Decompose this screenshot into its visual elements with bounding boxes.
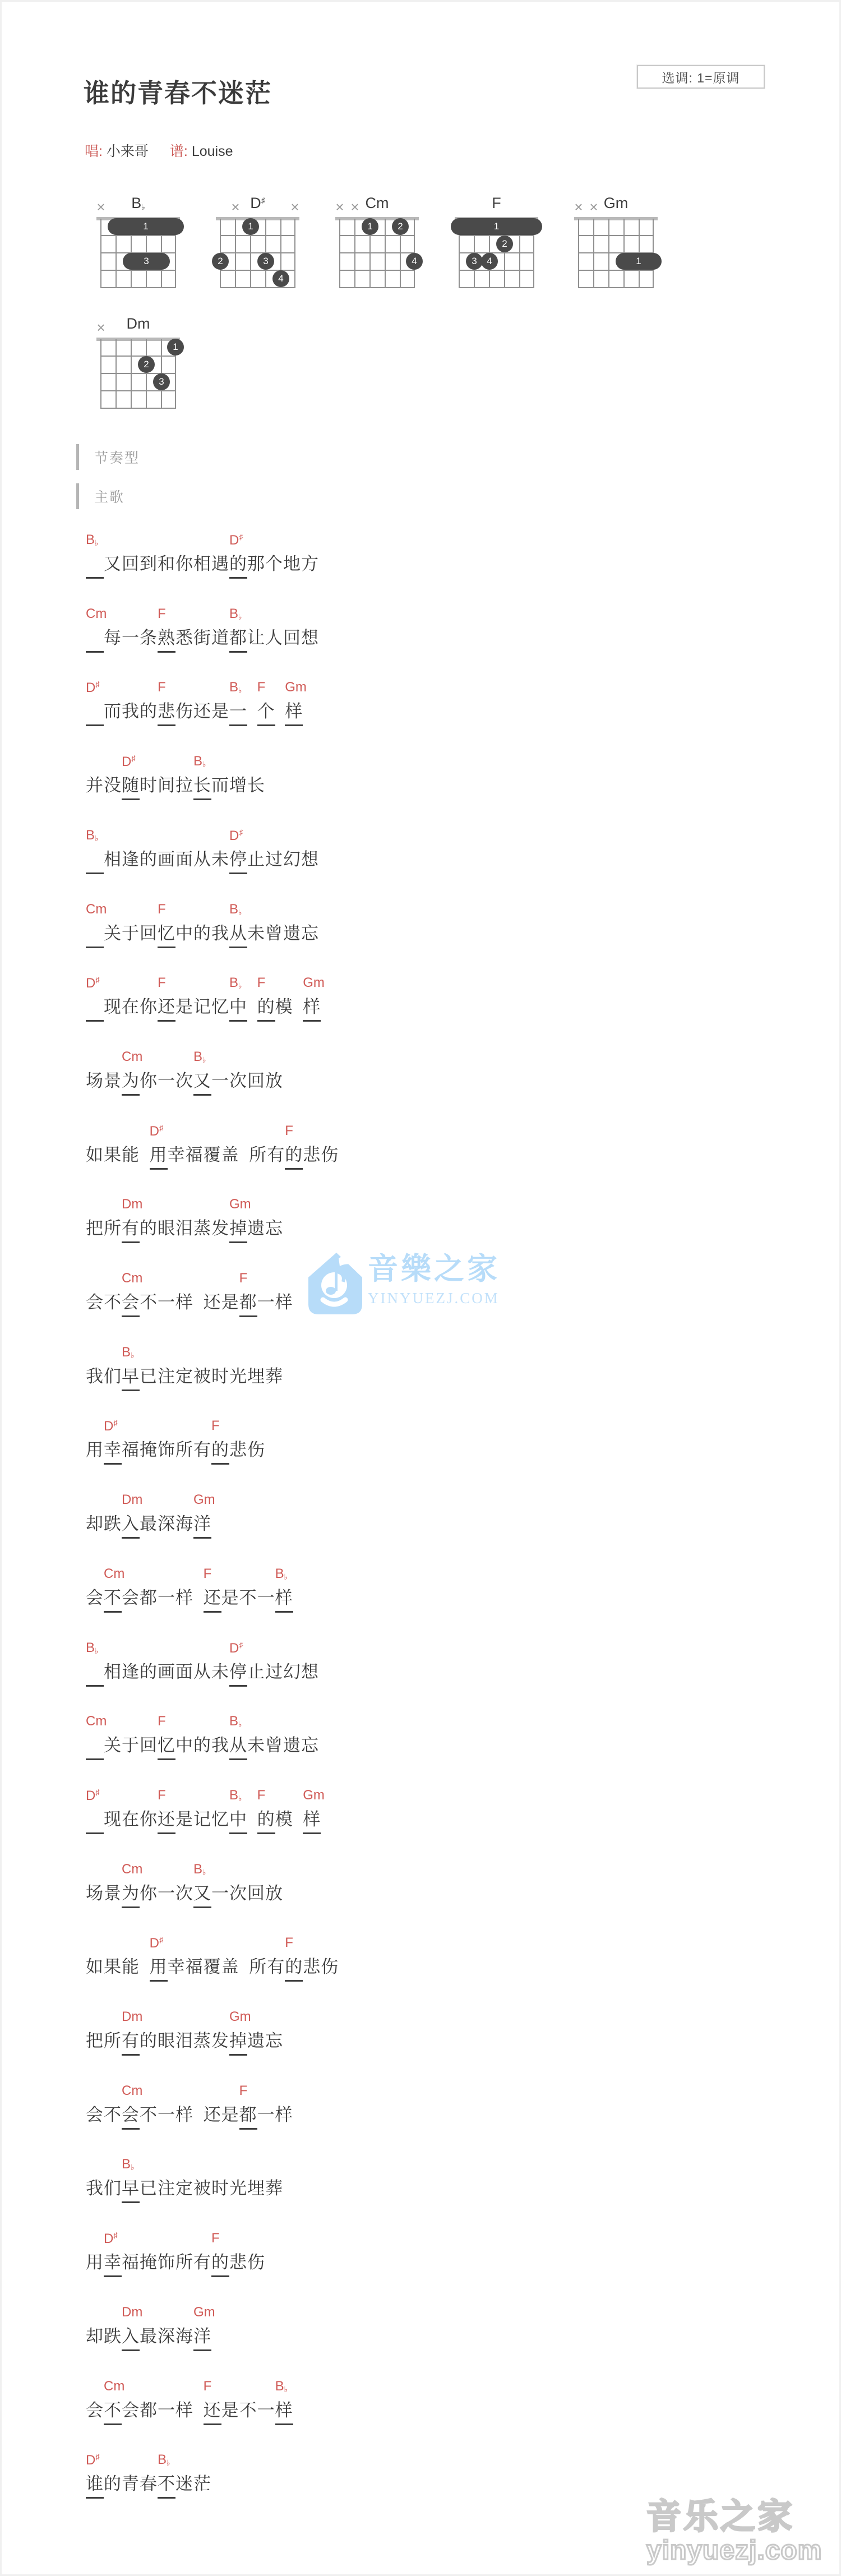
chord-label: D♯ — [104, 2231, 117, 2247]
chord-label: D♯ — [150, 1935, 163, 1951]
flat-sign: ♭ — [95, 538, 99, 547]
chord-label: Cm — [122, 1862, 142, 1877]
lyric-syllable-with-chord: B♭都 — [229, 624, 247, 653]
lyric-text: 的眼泪蒸发 — [140, 2026, 229, 2056]
lyric-line: 我们B♭早已注定被时光埋葬 — [86, 1362, 283, 1391]
lyric-text: 遗忘 — [247, 2026, 283, 2056]
lyric-text: 每一条 — [104, 624, 158, 653]
lyric-syllable-with-chord: Gm掉 — [229, 1214, 247, 1243]
lyric-text: 福掩饰所有 — [122, 1435, 211, 1465]
finger-dot-2: 2 — [138, 356, 155, 373]
lyric-text: 不一样 还是 — [140, 2100, 239, 2130]
barre-finger-1: 1 — [451, 218, 542, 235]
lyric-text: 而增长 — [211, 771, 265, 800]
sharp-sign: ♯ — [239, 828, 243, 837]
lyric-text: 未曾遗忘 — [247, 1731, 319, 1760]
string-line — [608, 219, 609, 288]
chord-sheet-page: 谁的青春不迷茫 选调: 1=原调 唱: 小来哥谱: Louise B♭×13D♯… — [0, 0, 841, 2576]
lyric-text: 会不 — [86, 2100, 122, 2130]
chord-label: F — [158, 902, 166, 917]
lyric-text: 现在你 — [104, 992, 158, 1022]
lyric-text: 而我的 — [104, 697, 158, 726]
lyric-text: 悲伤 — [303, 1141, 339, 1170]
sharp-sign: ♯ — [239, 532, 243, 541]
singer-name: 小来哥 — [107, 144, 149, 159]
lyric-syllable-with-chord: F都 — [239, 2100, 257, 2130]
sharp-sign: ♯ — [159, 1935, 163, 1944]
lyric-text: 你一次 — [140, 1067, 193, 1096]
lyric-text: 会都一样 — [122, 2396, 204, 2425]
chord-label: Cm — [122, 2083, 142, 2099]
flat-sign: ♭ — [238, 612, 242, 621]
chord-diagram-F: F1234 — [459, 195, 534, 288]
chord-label: F — [211, 1418, 220, 1434]
fretboard-grid: ××1234 — [220, 219, 295, 288]
chord-label: F — [285, 1123, 293, 1139]
lyric-text — [247, 997, 257, 1021]
string-line — [354, 219, 355, 288]
lyric-text: 会 — [86, 1584, 104, 1613]
chord-label: F — [211, 2231, 220, 2246]
lyric-line: 把所Dm有的眼泪蒸发Gm掉遗忘 — [86, 2026, 283, 2056]
fret-line — [459, 287, 534, 288]
lyric-syllable-with-chord: Gm样 — [303, 992, 321, 1022]
lyric-syllable-with-chord: D♯谁 — [86, 2469, 104, 2499]
chord-label: Cm — [104, 1566, 124, 1582]
finger-dot-4: 4 — [272, 270, 289, 287]
lyric-text — [247, 1809, 257, 1834]
lyric-line: 用D♯幸福掩饰所有F的悲伤 — [86, 1435, 265, 1465]
chord-label: D♯ — [104, 1418, 117, 1434]
chord-label: Dm — [122, 2305, 142, 2320]
lyric-syllable-with-chord: F忆 — [158, 919, 175, 948]
nut-bar — [216, 217, 299, 220]
lyric-syllable-with-chord: Cm会 — [122, 2100, 140, 2130]
lyric-syllable-with-chord: Dm入 — [122, 2322, 140, 2351]
scorer-label: 谱: — [170, 144, 188, 159]
lyric-text: 中的我 — [175, 919, 229, 948]
corner-watermark: 音乐之家 yinyuezj.com — [646, 2499, 822, 2565]
lyric-text: 最深海 — [140, 1509, 193, 1539]
lyric-syllable-with-chord: B♭中 — [229, 992, 247, 1022]
lyric-syllable-with-chord: F还 — [158, 992, 175, 1022]
lyric-syllable-with-chord: D♯随 — [122, 771, 140, 800]
lyric-line: D♯谁的青春B♭不迷茫 — [86, 2469, 211, 2499]
lyric-text: 悉街道 — [175, 624, 229, 653]
lyric-text: 遗忘 — [247, 1214, 283, 1243]
lyric-text: 相逢的画面从未 — [104, 1658, 229, 1687]
lyric-syllable-with-chord: F的 — [257, 1805, 275, 1834]
chord-label: Gm — [229, 1197, 251, 1212]
lyric-syllable-with-chord: Gm掉 — [229, 2026, 247, 2056]
lyric-syllable-with-chord: F的 — [211, 2248, 229, 2277]
credits-line: 唱: 小来哥谱: Louise — [85, 140, 255, 160]
lyric-text: 会都一样 — [122, 1584, 204, 1613]
fret-line — [220, 287, 295, 288]
lyric-text: 是不一 — [221, 2396, 275, 2425]
lyric-text: 我们 — [86, 2174, 122, 2203]
fret-line — [339, 252, 415, 253]
chord-label: F — [257, 1788, 266, 1803]
lyric-syllable-with-chord: Cm — [86, 624, 104, 653]
lyric-text: 并没 — [86, 771, 122, 800]
lyric-syllable-with-chord: B♭样 — [275, 1584, 293, 1613]
lyric-text: 场景 — [86, 1067, 122, 1096]
lyric-syllable-with-chord: D♯幸 — [104, 1435, 122, 1465]
muted-string-x-icon: × — [348, 200, 362, 214]
center-watermark: 音樂之家 YINYUEZJ.COM — [307, 1250, 500, 1319]
chord-label: Gm — [303, 1788, 325, 1803]
finger-dot-3: 3 — [466, 253, 483, 270]
lyric-text: 会不 — [86, 1288, 122, 1317]
lyric-text: 福掩饰所有 — [122, 2248, 211, 2277]
chord-label: F — [204, 2379, 212, 2394]
fret-line — [220, 235, 295, 236]
flat-sign: ♭ — [202, 1055, 206, 1064]
lyric-text: 的眼泪蒸发 — [140, 1214, 229, 1243]
lyric-text: 未曾遗忘 — [247, 919, 319, 948]
lyric-text: 关于回 — [104, 919, 158, 948]
chord-label: D♯ — [122, 754, 135, 770]
lyric-syllable-with-chord: F还 — [158, 1805, 175, 1834]
fret-line — [100, 356, 176, 357]
lyric-line: Cm 每一条F熟悉街道B♭都让人回想 — [86, 624, 319, 653]
chord-label: B♭ — [122, 1345, 135, 1360]
chord-label: Dm — [122, 1197, 142, 1212]
string-line — [339, 219, 340, 288]
lyric-text: 悲伤 — [229, 2248, 265, 2277]
sharp-sign: ♯ — [113, 2231, 117, 2240]
lyric-text: 时间拉 — [140, 771, 193, 800]
muted-string-x-icon: × — [571, 200, 586, 214]
chord-label: Gm — [285, 680, 307, 695]
chord-label: F — [204, 1566, 212, 1582]
lyric-text: 我们 — [86, 1362, 122, 1391]
chord-label: F — [257, 975, 266, 991]
lyric-text: 幸福覆盖 所有 — [168, 1141, 285, 1170]
finger-dot-2: 2 — [392, 218, 409, 235]
lyric-text: 却跌 — [86, 1509, 122, 1539]
lyric-text: 是记忆 — [175, 992, 229, 1022]
fret-line — [339, 235, 415, 236]
lyric-line: 如果能 D♯用幸福覆盖 所有F的悲伤 — [86, 1952, 339, 1982]
fretboard-grid: ××124 — [339, 219, 415, 288]
lyric-line: 如果能 D♯用幸福覆盖 所有F的悲伤 — [86, 1141, 339, 1170]
chord-label: Dm — [122, 2009, 142, 2025]
fret-line — [578, 287, 654, 288]
chord-label: D♯ — [86, 1788, 99, 1804]
lyric-text: 你一次 — [140, 1879, 193, 1908]
chord-label: Cm — [86, 1714, 107, 1729]
string-line — [235, 219, 236, 288]
chord-label: Cm — [104, 2379, 124, 2394]
lyric-text: 又回到和你相遇 — [104, 550, 229, 579]
lyric-syllable-with-chord: B♭ — [86, 550, 104, 579]
lyric-syllable-with-chord: Dm有 — [122, 2026, 140, 2056]
lyric-line: D♯ 而我的F悲伤还是B♭一 F个 Gm样 — [86, 697, 303, 726]
lyric-line: 会不Cm会不一样 还是F都一样 — [86, 2100, 293, 2130]
string-line — [146, 339, 147, 409]
lyric-syllable-with-chord: B♭ — [86, 845, 104, 874]
fret-line — [100, 270, 176, 271]
lyric-text: 一次回放 — [211, 1879, 283, 1908]
chord-label: F — [239, 1271, 248, 1286]
chord-label: B♭ — [229, 975, 242, 991]
flat-sign: ♭ — [284, 2385, 288, 2394]
sharp-sign: ♯ — [95, 975, 99, 984]
corner-watermark-brand: 音乐之家 — [646, 2499, 822, 2536]
string-line — [578, 219, 579, 288]
finger-dot-3: 3 — [153, 373, 170, 390]
lyric-line: 会Cm不会都一样 F还是不一B♭样 — [86, 1584, 293, 1613]
lyric-line: D♯ 现在你F还是记忆B♭中 F的模 Gm样 — [86, 1805, 321, 1834]
chord-label: Cm — [122, 1271, 142, 1286]
flat-sign: ♭ — [238, 908, 242, 917]
flat-sign: ♭ — [238, 981, 242, 990]
lyric-text: 却跌 — [86, 2322, 122, 2351]
lyric-line: 会不Cm会不一样 还是F都一样 — [86, 1288, 293, 1317]
lyric-syllable-with-chord: B♭一 — [229, 697, 247, 726]
chord-label: Gm — [229, 2009, 251, 2025]
chord-label: Cm — [122, 1049, 142, 1065]
nut-bar — [96, 338, 180, 341]
chord-label: B♭ — [229, 680, 242, 695]
flat-sign: ♭ — [131, 2163, 135, 2172]
barre-finger-1: 1 — [108, 218, 184, 235]
fret-line — [339, 270, 415, 271]
chord-diagram-Bb: B♭×13 — [100, 195, 176, 288]
section-verse: 主歌 — [76, 483, 124, 509]
sharp-sign: ♯ — [131, 754, 135, 763]
lyric-text: 模 — [275, 992, 303, 1022]
lyric-text: 让人回想 — [247, 624, 319, 653]
center-watermark-brand: 音樂之家 — [368, 1250, 500, 1289]
lyric-line: Cm 关于回F忆中的我B♭从未曾遗忘 — [86, 1731, 319, 1760]
flat-sign: ♭ — [238, 686, 242, 695]
lyric-syllable-with-chord: B♭不 — [158, 2469, 175, 2499]
lyric-syllable-with-chord: D♯停 — [229, 845, 247, 874]
lyric-line: 却跌Dm入最深海Gm洋 — [86, 2322, 211, 2351]
muted-string-x-icon: × — [332, 200, 347, 214]
chord-label: D♯ — [150, 1123, 163, 1139]
flat-sign: ♭ — [167, 2458, 170, 2467]
lyric-text: 一样 — [257, 2100, 293, 2130]
lyric-syllable-with-chord: D♯用 — [150, 1952, 168, 1982]
lyric-text — [275, 701, 285, 726]
barre-finger-3: 3 — [123, 253, 170, 270]
lyric-text: 不一样 还是 — [140, 1288, 239, 1317]
lyric-line: 把所Dm有的眼泪蒸发Gm掉遗忘 — [86, 1214, 283, 1243]
string-line — [294, 219, 295, 288]
flat-sign: ♭ — [95, 1646, 99, 1655]
barre-finger-1: 1 — [616, 253, 662, 270]
chord-label: D♯ — [229, 828, 243, 844]
lyric-line: 用D♯幸福掩饰所有F的悲伤 — [86, 2248, 265, 2277]
chord-label: F — [158, 975, 166, 991]
lyric-syllable-with-chord: Gm样 — [303, 1805, 321, 1834]
lyric-syllable-with-chord: F熟 — [158, 624, 175, 653]
chord-label: B♭ — [275, 1566, 288, 1582]
fret-line — [100, 408, 176, 409]
chord-diagram-D#: D♯××1234 — [220, 195, 295, 288]
chord-label: B♭ — [193, 1862, 206, 1877]
lyric-text: 中的我 — [175, 1731, 229, 1760]
scorer-name: Louise — [192, 144, 233, 159]
lyric-syllable-with-chord: Cm为 — [122, 1067, 140, 1096]
lyric-syllable-with-chord: D♯幸 — [104, 2248, 122, 2277]
lyric-syllable-with-chord: Dm入 — [122, 1509, 140, 1539]
chord-label: B♭ — [229, 902, 242, 917]
lyric-text: 用 — [86, 2248, 104, 2277]
chord-diagram-Dm: Dm×123 — [100, 315, 176, 409]
lyric-line: 并没D♯随时间拉B♭长而增长 — [86, 771, 265, 800]
lyric-syllable-with-chord: B♭早 — [122, 1362, 140, 1391]
section-rhythm-pattern: 节奏型 — [76, 444, 140, 470]
sharp-sign: ♯ — [113, 1418, 117, 1427]
lyric-syllable-with-chord: D♯ — [86, 992, 104, 1022]
lyric-text: 止过幻想 — [247, 1658, 319, 1687]
lyric-syllable-with-chord: F悲 — [158, 697, 175, 726]
lyric-syllable-with-chord: Cm — [86, 1731, 104, 1760]
fret-line — [220, 252, 295, 253]
muted-string-x-icon: × — [228, 200, 243, 214]
chord-diagram-name: F — [459, 195, 534, 215]
lyric-text: 模 — [275, 1805, 303, 1834]
sharp-sign: ♯ — [261, 196, 265, 205]
lyric-syllable-with-chord: B♭又 — [193, 1067, 211, 1096]
finger-dot-4: 4 — [481, 253, 498, 270]
chord-label: B♭ — [193, 754, 206, 769]
chord-label: B♭ — [229, 1788, 242, 1803]
chord-diagram-Cm: Cm××124 — [339, 195, 415, 288]
chord-label: F — [239, 2083, 248, 2099]
fretboard-grid: ×123 — [100, 339, 176, 409]
lyric-line: 场景Cm为你一次B♭又一次回放 — [86, 1067, 283, 1096]
lyric-syllable-with-chord: D♯用 — [150, 1141, 168, 1170]
lyric-line: B♭ 相逢的画面从未D♯停止过幻想 — [86, 845, 319, 874]
lyric-line: Cm 关于回F忆中的我B♭从未曾遗忘 — [86, 919, 319, 948]
lyric-syllable-with-chord: Gm洋 — [193, 1509, 211, 1539]
chord-label: Gm — [193, 2305, 215, 2320]
lyric-text: 是记忆 — [175, 1805, 229, 1834]
lyric-syllable-with-chord: Cm — [86, 919, 104, 948]
chord-label: F — [285, 1935, 293, 1951]
lyric-syllable-with-chord: F忆 — [158, 1731, 175, 1760]
lyric-text: 最深海 — [140, 2322, 193, 2351]
lyric-text: 如果能 — [86, 1141, 150, 1170]
lyric-syllable-with-chord: D♯的 — [229, 550, 247, 579]
string-line — [385, 219, 386, 288]
chord-label: D♯ — [86, 2452, 99, 2468]
lyric-text: 伤还是 — [175, 697, 229, 726]
lyric-syllable-with-chord: Cm为 — [122, 1879, 140, 1908]
muted-string-x-icon: × — [94, 200, 108, 214]
flat-sign: ♭ — [284, 1572, 288, 1581]
chord-label: F — [158, 1714, 166, 1729]
fretboard-grid: ×13 — [100, 219, 176, 288]
lyric-syllable-with-chord: Gm洋 — [193, 2322, 211, 2351]
lyric-text: 现在你 — [104, 1805, 158, 1834]
lyric-text: 一样 — [257, 1288, 293, 1317]
lyric-syllable-with-chord: B♭又 — [193, 1879, 211, 1908]
lyric-text: 是不一 — [221, 1584, 275, 1613]
string-line — [115, 339, 117, 409]
chord-diagram-Gm: Gm××1 — [578, 195, 654, 288]
lyric-syllable-with-chord: D♯ — [86, 697, 104, 726]
finger-dot-1: 1 — [242, 218, 259, 235]
fret-line — [100, 390, 176, 391]
lyric-line: 却跌Dm入最深海Gm洋 — [86, 1509, 211, 1539]
chord-label: F — [158, 680, 166, 695]
lyric-line: D♯ 现在你F还是记忆B♭中 F的模 Gm样 — [86, 992, 321, 1022]
singer-label: 唱: — [85, 144, 103, 159]
chord-label: D♯ — [86, 680, 99, 696]
lyric-text: 悲伤 — [229, 1435, 265, 1465]
lyric-syllable-with-chord: F个 — [257, 697, 275, 726]
center-watermark-text: 音樂之家 YINYUEZJ.COM — [368, 1250, 500, 1307]
fret-line — [578, 235, 654, 236]
sharp-sign: ♯ — [159, 1123, 163, 1132]
lyric-line: 会Cm不会都一样 F还是不一B♭样 — [86, 2396, 293, 2425]
sharp-sign: ♯ — [95, 2452, 99, 2461]
lyric-syllable-with-chord: F都 — [239, 1288, 257, 1317]
chord-label: B♭ — [193, 1049, 206, 1065]
lyric-text: 相逢的画面从未 — [104, 845, 229, 874]
string-line — [593, 219, 594, 288]
chord-label: B♭ — [275, 2379, 288, 2394]
lyric-text: 那个地方 — [247, 550, 319, 579]
lyric-text: 已注定被时光埋葬 — [140, 1362, 283, 1391]
transpose-key-button[interactable]: 选调: 1=原调 — [637, 65, 765, 89]
finger-dot-1: 1 — [362, 218, 378, 235]
chord-label: B♭ — [122, 2157, 135, 2172]
fretboard-grid: ××1 — [578, 219, 654, 288]
chord-label: B♭ — [86, 532, 99, 548]
lyric-syllable-with-chord: Dm有 — [122, 1214, 140, 1243]
lyric-syllable-with-chord: B♭ — [86, 1658, 104, 1687]
chord-label: Dm — [122, 1492, 142, 1508]
center-watermark-domain: YINYUEZJ.COM — [368, 1290, 500, 1307]
lyric-text: 用 — [86, 1435, 104, 1465]
chord-label: B♭ — [86, 828, 99, 843]
flat-sign: ♭ — [131, 1351, 135, 1360]
chord-label: D♯ — [229, 1640, 243, 1656]
flat-sign: ♭ — [238, 1794, 242, 1803]
lyric-text: 关于回 — [104, 1731, 158, 1760]
lyric-syllable-with-chord: F的 — [257, 992, 275, 1022]
fret-line — [578, 270, 654, 271]
finger-dot-2: 2 — [212, 253, 229, 270]
lyric-text: 把所 — [86, 1214, 122, 1243]
finger-dot-2: 2 — [496, 236, 513, 252]
fret-line — [459, 270, 534, 271]
lyric-syllable-with-chord: B♭早 — [122, 2174, 140, 2203]
lyric-syllable-with-chord: Cm会 — [122, 1288, 140, 1317]
lyric-text: 一次回放 — [211, 1067, 283, 1096]
chord-label: B♭ — [229, 1714, 242, 1729]
lyric-syllable-with-chord: B♭从 — [229, 1731, 247, 1760]
fret-line — [459, 235, 534, 236]
lyric-text: 已注定被时光埋葬 — [140, 2174, 283, 2203]
lyric-syllable-with-chord: F的 — [285, 1141, 303, 1170]
string-line — [100, 339, 101, 409]
corner-watermark-domain: yinyuezj.com — [646, 2536, 822, 2565]
chord-diagram-name: B♭ — [100, 195, 176, 215]
flat-sign: ♭ — [202, 1868, 206, 1877]
muted-string-x-icon: × — [586, 200, 601, 214]
page-title: 谁的青春不迷茫 — [84, 73, 272, 110]
chord-label: Gm — [303, 975, 325, 991]
